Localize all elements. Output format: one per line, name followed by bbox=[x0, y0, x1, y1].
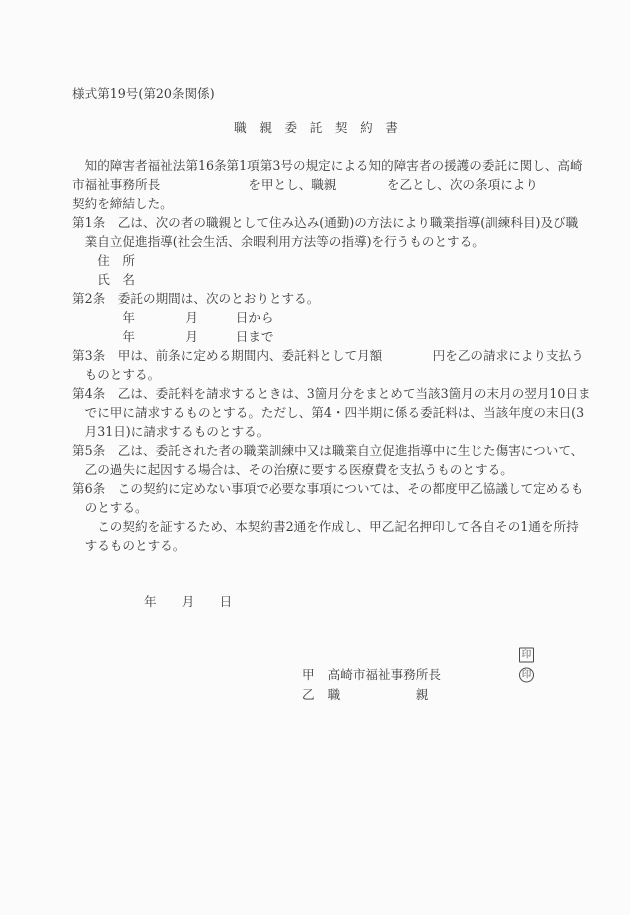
article-4-line-3: 月31日)に請求するものとする。 bbox=[72, 422, 560, 441]
party-b-signature-row: 乙職 親 印 bbox=[72, 665, 560, 685]
signature-block: 甲高崎市福祉事務所長 印 乙職 親 印 bbox=[72, 645, 560, 685]
article-3-line-2: ものとする。 bbox=[72, 365, 560, 384]
article-6-line-1: 第6条 この契約に定めない事項で必要な事項については、その都度甲乙協議して定める… bbox=[72, 479, 560, 498]
party-b-name: 職 親 bbox=[328, 687, 429, 702]
article-4-line-2: でに甲に請求するものとする。ただし、第4・四半期に係る委託料は、当該年度の末日(… bbox=[72, 403, 560, 422]
ward-name-label: 氏 名 bbox=[72, 270, 560, 289]
closing-line-1: この契約を証するため、本契約書2通を作成し、甲乙記名押印して各自その1通を所持 bbox=[72, 517, 560, 536]
preamble-line-2: 市福祉事務所長 を甲とし、職親 を乙とし、次の条項により bbox=[72, 175, 560, 194]
article-2-line-1: 第2条 委託の期間は、次のとおりとする。 bbox=[72, 289, 560, 308]
party-a-seal-stamp-icon: 印 bbox=[519, 648, 534, 663]
preamble-line-1: 知的障害者福祉法第16条第1項第3号の規定による知的障害者の援護の委託に関し、高… bbox=[72, 156, 560, 175]
contract-document-page: 様式第19号(第20条関係) 職 親 委 託 契 約 書 知的障害者福祉法第16… bbox=[0, 0, 630, 915]
party-b-seal-stamp-icon: 印 bbox=[519, 668, 534, 683]
preamble-line-3: 契約を締結した。 bbox=[72, 194, 560, 213]
article-5-line-2: 乙の過失に起因する場合は、その治療に要する医療費を支払うものとする。 bbox=[72, 460, 560, 479]
document-body: 知的障害者福祉法第16条第1項第3号の規定による知的障害者の援護の委託に関し、高… bbox=[72, 156, 560, 555]
article-4-line-1: 第4条 乙は、委託料を請求するときは、3箇月分をまとめて当該3箇月の末月の翌月1… bbox=[72, 384, 560, 403]
article-6-line-2: のとする。 bbox=[72, 498, 560, 517]
article-3-line-1: 第3条 甲は、前条に定める期間内、委託料として月額 円を乙の請求により支払う bbox=[72, 346, 560, 365]
contract-date-line: 年 月 日 bbox=[72, 592, 560, 611]
article-2-period-from: 年 月 日から bbox=[72, 308, 560, 327]
article-1-line-1: 第1条 乙は、次の者の職親として住み込み(通勤)の方法により職業指導(訓練科目)… bbox=[72, 213, 560, 232]
party-a-signature-row: 甲高崎市福祉事務所長 印 bbox=[72, 645, 560, 665]
article-2-period-to: 年 月 日まで bbox=[72, 327, 560, 346]
document-content: 様式第19号(第20条関係) 職 親 委 託 契 約 書 知的障害者福祉法第16… bbox=[72, 84, 560, 685]
article-1-line-2: 業自立促進指導(社会生活、余暇利用方法等の指導)を行うものとする。 bbox=[72, 232, 560, 251]
party-b-label: 乙 bbox=[302, 687, 315, 702]
article-5-line-1: 第5条 乙は、委託された者の職業訓練中又は職業自立促進指導中に生じた傷害について… bbox=[72, 441, 560, 460]
document-title: 職 親 委 託 契 約 書 bbox=[72, 118, 560, 137]
form-number: 様式第19号(第20条関係) bbox=[72, 84, 560, 103]
closing-line-2: するものとする。 bbox=[72, 536, 560, 555]
ward-address-label: 住 所 bbox=[72, 251, 560, 270]
